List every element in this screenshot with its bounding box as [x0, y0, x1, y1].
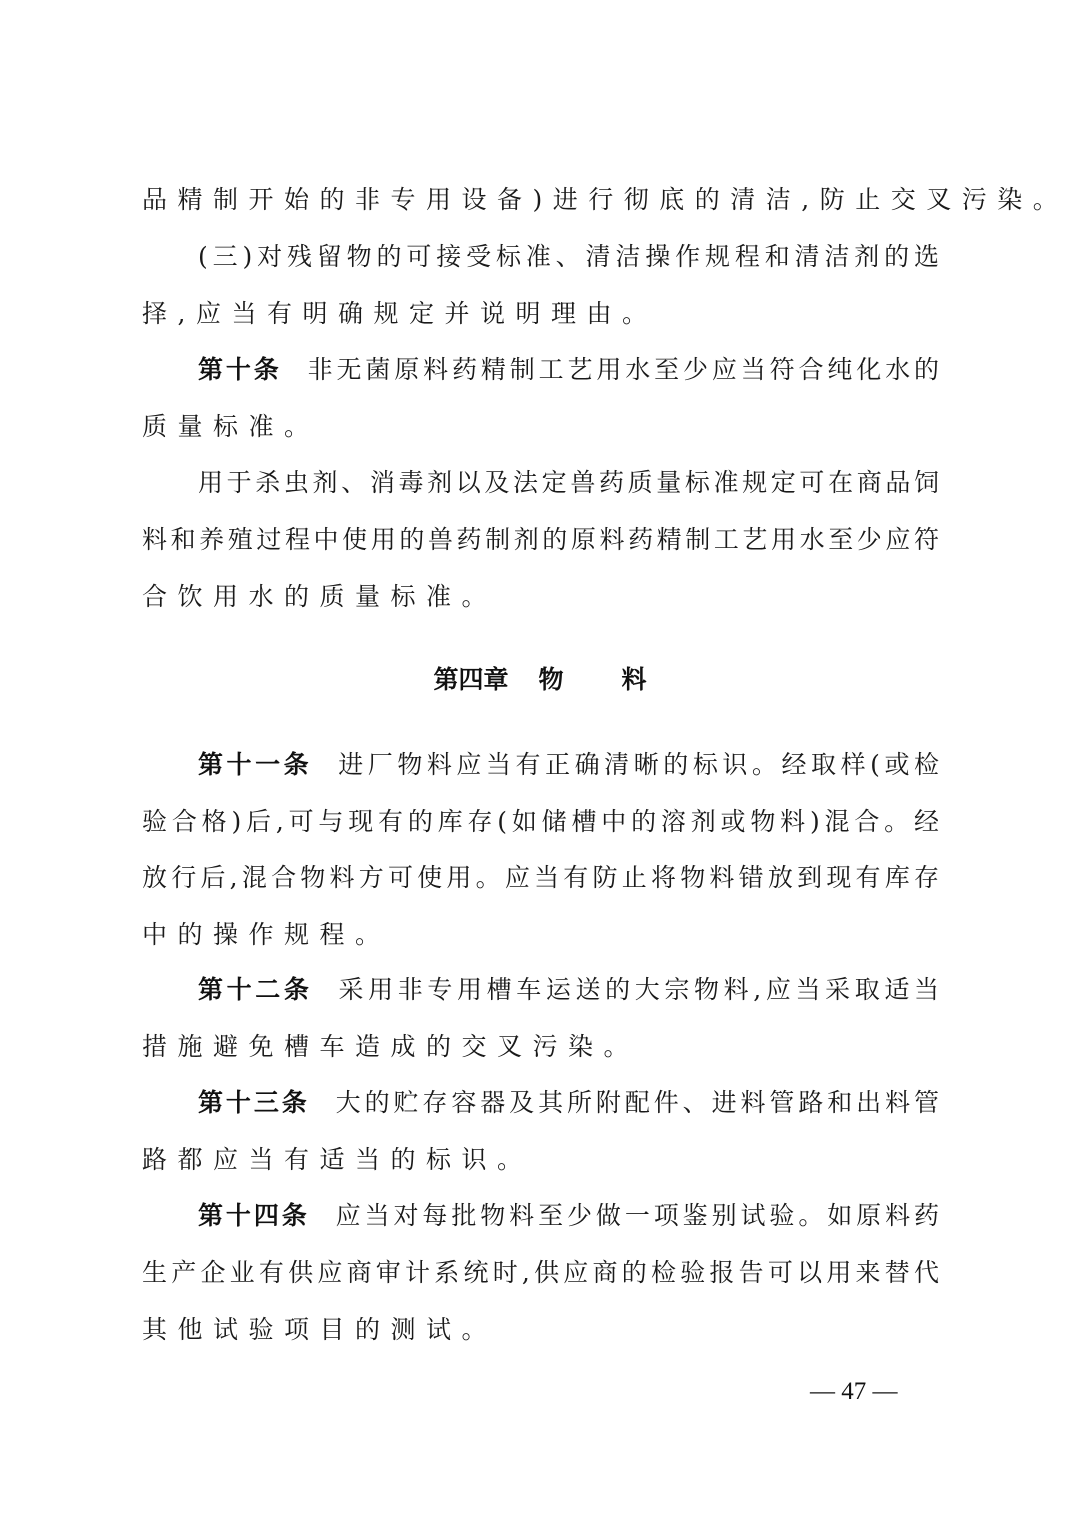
text-line: 质量标准。 [142, 407, 940, 447]
chapter-heading: 第四章物料 [0, 660, 1080, 700]
text-span: 采用非专用槽车运送的大宗物料,应当采取适当 [339, 975, 940, 1004]
text-line: 验合格)后,可与现有的库存(如储槽中的溶剂或物料)混合。经 [142, 802, 940, 842]
article-14-line: 第十四条应当对每批物料至少做一项鉴别试验。如原料药 [198, 1196, 940, 1236]
article-10-line: 第十条非无菌原料药精制工艺用水至少应当符合纯化水的 [198, 350, 940, 390]
article-heading: 第十二条 [198, 975, 313, 1004]
text-span: 应当对每批物料至少做一项鉴别试验。如原料药 [336, 1201, 940, 1230]
text-span: 进厂物料应当有正确清晰的标识。经取样(或检 [338, 750, 940, 779]
text-line: 用于杀虫剂、消毒剂以及法定兽药质量标准规定可在商品饲 [198, 463, 940, 503]
article-13-line: 第十三条大的贮存容器及其所附配件、进料管路和出料管 [198, 1083, 940, 1123]
text-line: 路都应当有适当的标识。 [142, 1140, 940, 1180]
page-number: — 47 — [810, 1372, 898, 1412]
text-line: (三)对残留物的可接受标准、清洁操作规程和清洁剂的选 [198, 237, 940, 277]
chapter-title-part: 料 [622, 665, 647, 694]
article-11-line: 第十一条进厂物料应当有正确清晰的标识。经取样(或检 [198, 745, 940, 785]
text-line: 中的操作规程。 [142, 915, 940, 955]
text-line: 合饮用水的质量标准。 [142, 577, 940, 617]
chapter-title-part: 物 [538, 665, 563, 694]
text-line: 品精制开始的非专用设备)进行彻底的清洁,防止交叉污染。 [142, 180, 940, 220]
article-heading: 第十三条 [198, 1088, 310, 1117]
article-heading: 第十四条 [198, 1201, 310, 1230]
text-span: 大的贮存容器及其所附配件、进料管路和出料管 [336, 1088, 940, 1117]
article-heading: 第十一条 [198, 750, 312, 779]
text-span: 非无菌原料药精制工艺用水至少应当符合纯化水的 [308, 355, 940, 384]
text-line: 择,应当有明确规定并说明理由。 [142, 294, 940, 334]
text-line: 放行后,混合物料方可使用。应当有防止将物料错放到现有库存 [142, 858, 940, 898]
document-page: 品精制开始的非专用设备)进行彻底的清洁,防止交叉污染。 (三)对残留物的可接受标… [0, 0, 1080, 1527]
text-line: 料和养殖过程中使用的兽药制剂的原料药精制工艺用水至少应符 [142, 520, 940, 560]
text-line: 其他试验项目的测试。 [142, 1310, 940, 1350]
text-line: 生产企业有供应商审计系统时,供应商的检验报告可以用来替代 [142, 1253, 940, 1293]
text-line: 措施避免槽车造成的交叉污染。 [142, 1027, 940, 1067]
article-12-line: 第十二条采用非专用槽车运送的大宗物料,应当采取适当 [198, 970, 940, 1010]
chapter-number: 第四章 [433, 665, 508, 694]
article-heading: 第十条 [198, 355, 282, 384]
